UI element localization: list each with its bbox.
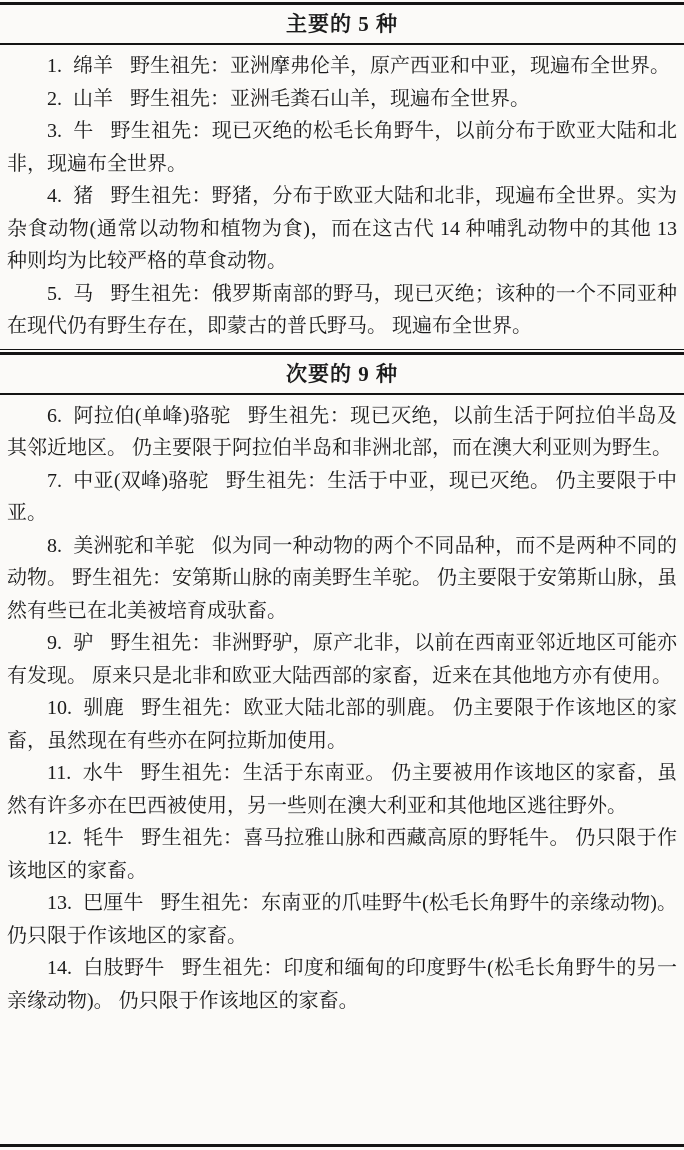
entry-number: 1.	[47, 55, 62, 77]
entry-text: 野生祖先：亚洲毛粪石山羊，现遍布全世界。	[130, 88, 530, 110]
entry-text: 野生祖先：亚洲摩弗伦羊，原产西亚和中亚，现遍布全世界。	[130, 55, 670, 77]
entry-number: 11.	[47, 762, 71, 784]
animal-entry: 14.白肢野牛野生祖先：印度和缅甸的印度野牛(松毛长角野牛的另一亲缘动物)。 仍…	[7, 952, 677, 1017]
animal-entry: 3.牛野生祖先：现已灭绝的松毛长角野牛，以前分布于欧亚大陆和北非，现遍布全世界。	[7, 115, 677, 180]
animal-name: 绵羊	[73, 55, 113, 77]
animal-entry: 2.山羊野生祖先：亚洲毛粪石山羊，现遍布全世界。	[7, 83, 677, 116]
animal-name: 白肢野牛	[83, 957, 165, 979]
animal-entry: 8.美洲驼和羊驼似为同一种动物的两个不同品种，而不是两种不同的动物。 野生祖先：…	[7, 530, 677, 628]
animal-entry: 11.水牛野生祖先：生活于东南亚。 仍主要被用作该地区的家畜，虽然有许多亦在巴西…	[7, 757, 677, 822]
entry-number: 8.	[47, 535, 62, 557]
animal-name: 美洲驼和羊驼	[73, 535, 195, 557]
section-header-major: 主要的 5 种	[0, 5, 684, 43]
entry-number: 7.	[47, 470, 62, 492]
animal-entry: 7.中亚(双峰)骆驼野生祖先：生活于中亚，现已灭绝。 仍主要限于中亚。	[7, 465, 677, 530]
animal-name: 水牛	[82, 762, 123, 784]
entry-number: 6.	[47, 405, 62, 427]
animal-name: 驴	[73, 632, 93, 654]
animal-entry: 9.驴野生祖先：非洲野驴，原产北非，以前在西南亚邻近地区可能亦有发现。 原来只是…	[7, 627, 677, 692]
entry-text: 野生祖先：野猪，分布于欧亚大陆和北非，现遍布全世界。实为杂食动物(通常以动物和植…	[7, 185, 677, 272]
entry-number: 4.	[47, 185, 62, 207]
animal-entry: 10.驯鹿野生祖先：欧亚大陆北部的驯鹿。 仍主要限于作该地区的家畜，虽然现在有些…	[7, 692, 677, 757]
section-major: 1.绵羊野生祖先：亚洲摩弗伦羊，原产西亚和中亚，现遍布全世界。 2.山羊野生祖先…	[0, 45, 684, 349]
bottom-rule	[0, 1144, 684, 1147]
animal-name: 中亚(双峰)骆驼	[73, 470, 209, 492]
document-page: 主要的 5 种 1.绵羊野生祖先：亚洲摩弗伦羊，原产西亚和中亚，现遍布全世界。 …	[0, 0, 684, 1150]
entry-text: 野生祖先：非洲野驴，原产北非，以前在西南亚邻近地区可能亦有发现。 原来只是北非和…	[7, 632, 677, 687]
entry-text: 野生祖先：现已灭绝的松毛长角野牛，以前分布于欧亚大陆和北非，现遍布全世界。	[7, 120, 677, 175]
animal-entry: 5.马野生祖先：俄罗斯南部的野马，现已灭绝；该种的一个不同亚种在现代仍有野生存在…	[7, 278, 677, 343]
entry-number: 2.	[47, 88, 62, 110]
entry-number: 10.	[47, 697, 72, 719]
animal-entry: 13.巴厘牛野生祖先：东南亚的爪哇野牛(松毛长角野牛的亲缘动物)。 仍只限于作该…	[7, 887, 677, 952]
animal-name: 阿拉伯(单峰)骆驼	[73, 405, 231, 427]
section-minor: 6.阿拉伯(单峰)骆驼野生祖先：现已灭绝，以前生活于阿拉伯半岛及其邻近地区。 仍…	[0, 395, 684, 1024]
entry-number: 14.	[47, 957, 72, 979]
animal-name: 牦牛	[83, 827, 124, 849]
entry-number: 5.	[47, 283, 62, 305]
animal-name: 巴厘牛	[83, 892, 144, 914]
entry-number: 3.	[47, 120, 62, 142]
section-header-minor: 次要的 9 种	[0, 355, 684, 393]
animal-entry: 4.猪野生祖先：野猪，分布于欧亚大陆和北非，现遍布全世界。实为杂食动物(通常以动…	[7, 180, 677, 278]
entry-number: 13.	[47, 892, 72, 914]
animal-entry: 1.绵羊野生祖先：亚洲摩弗伦羊，原产西亚和中亚，现遍布全世界。	[7, 50, 677, 83]
animal-name: 山羊	[73, 88, 113, 110]
animal-entry: 6.阿拉伯(单峰)骆驼野生祖先：现已灭绝，以前生活于阿拉伯半岛及其邻近地区。 仍…	[7, 400, 677, 465]
animal-name: 牛	[73, 120, 93, 142]
animal-entry: 12.牦牛野生祖先：喜马拉雅山脉和西藏高原的野牦牛。 仍只限于作该地区的家畜。	[7, 822, 677, 887]
animal-name: 驯鹿	[83, 697, 124, 719]
entry-number: 9.	[47, 632, 62, 654]
animal-name: 猪	[73, 185, 93, 207]
entry-text: 野生祖先：俄罗斯南部的野马，现已灭绝；该种的一个不同亚种在现代仍有野生存在，即蒙…	[7, 283, 677, 338]
entry-number: 12.	[47, 827, 72, 849]
animal-name: 马	[73, 283, 93, 305]
